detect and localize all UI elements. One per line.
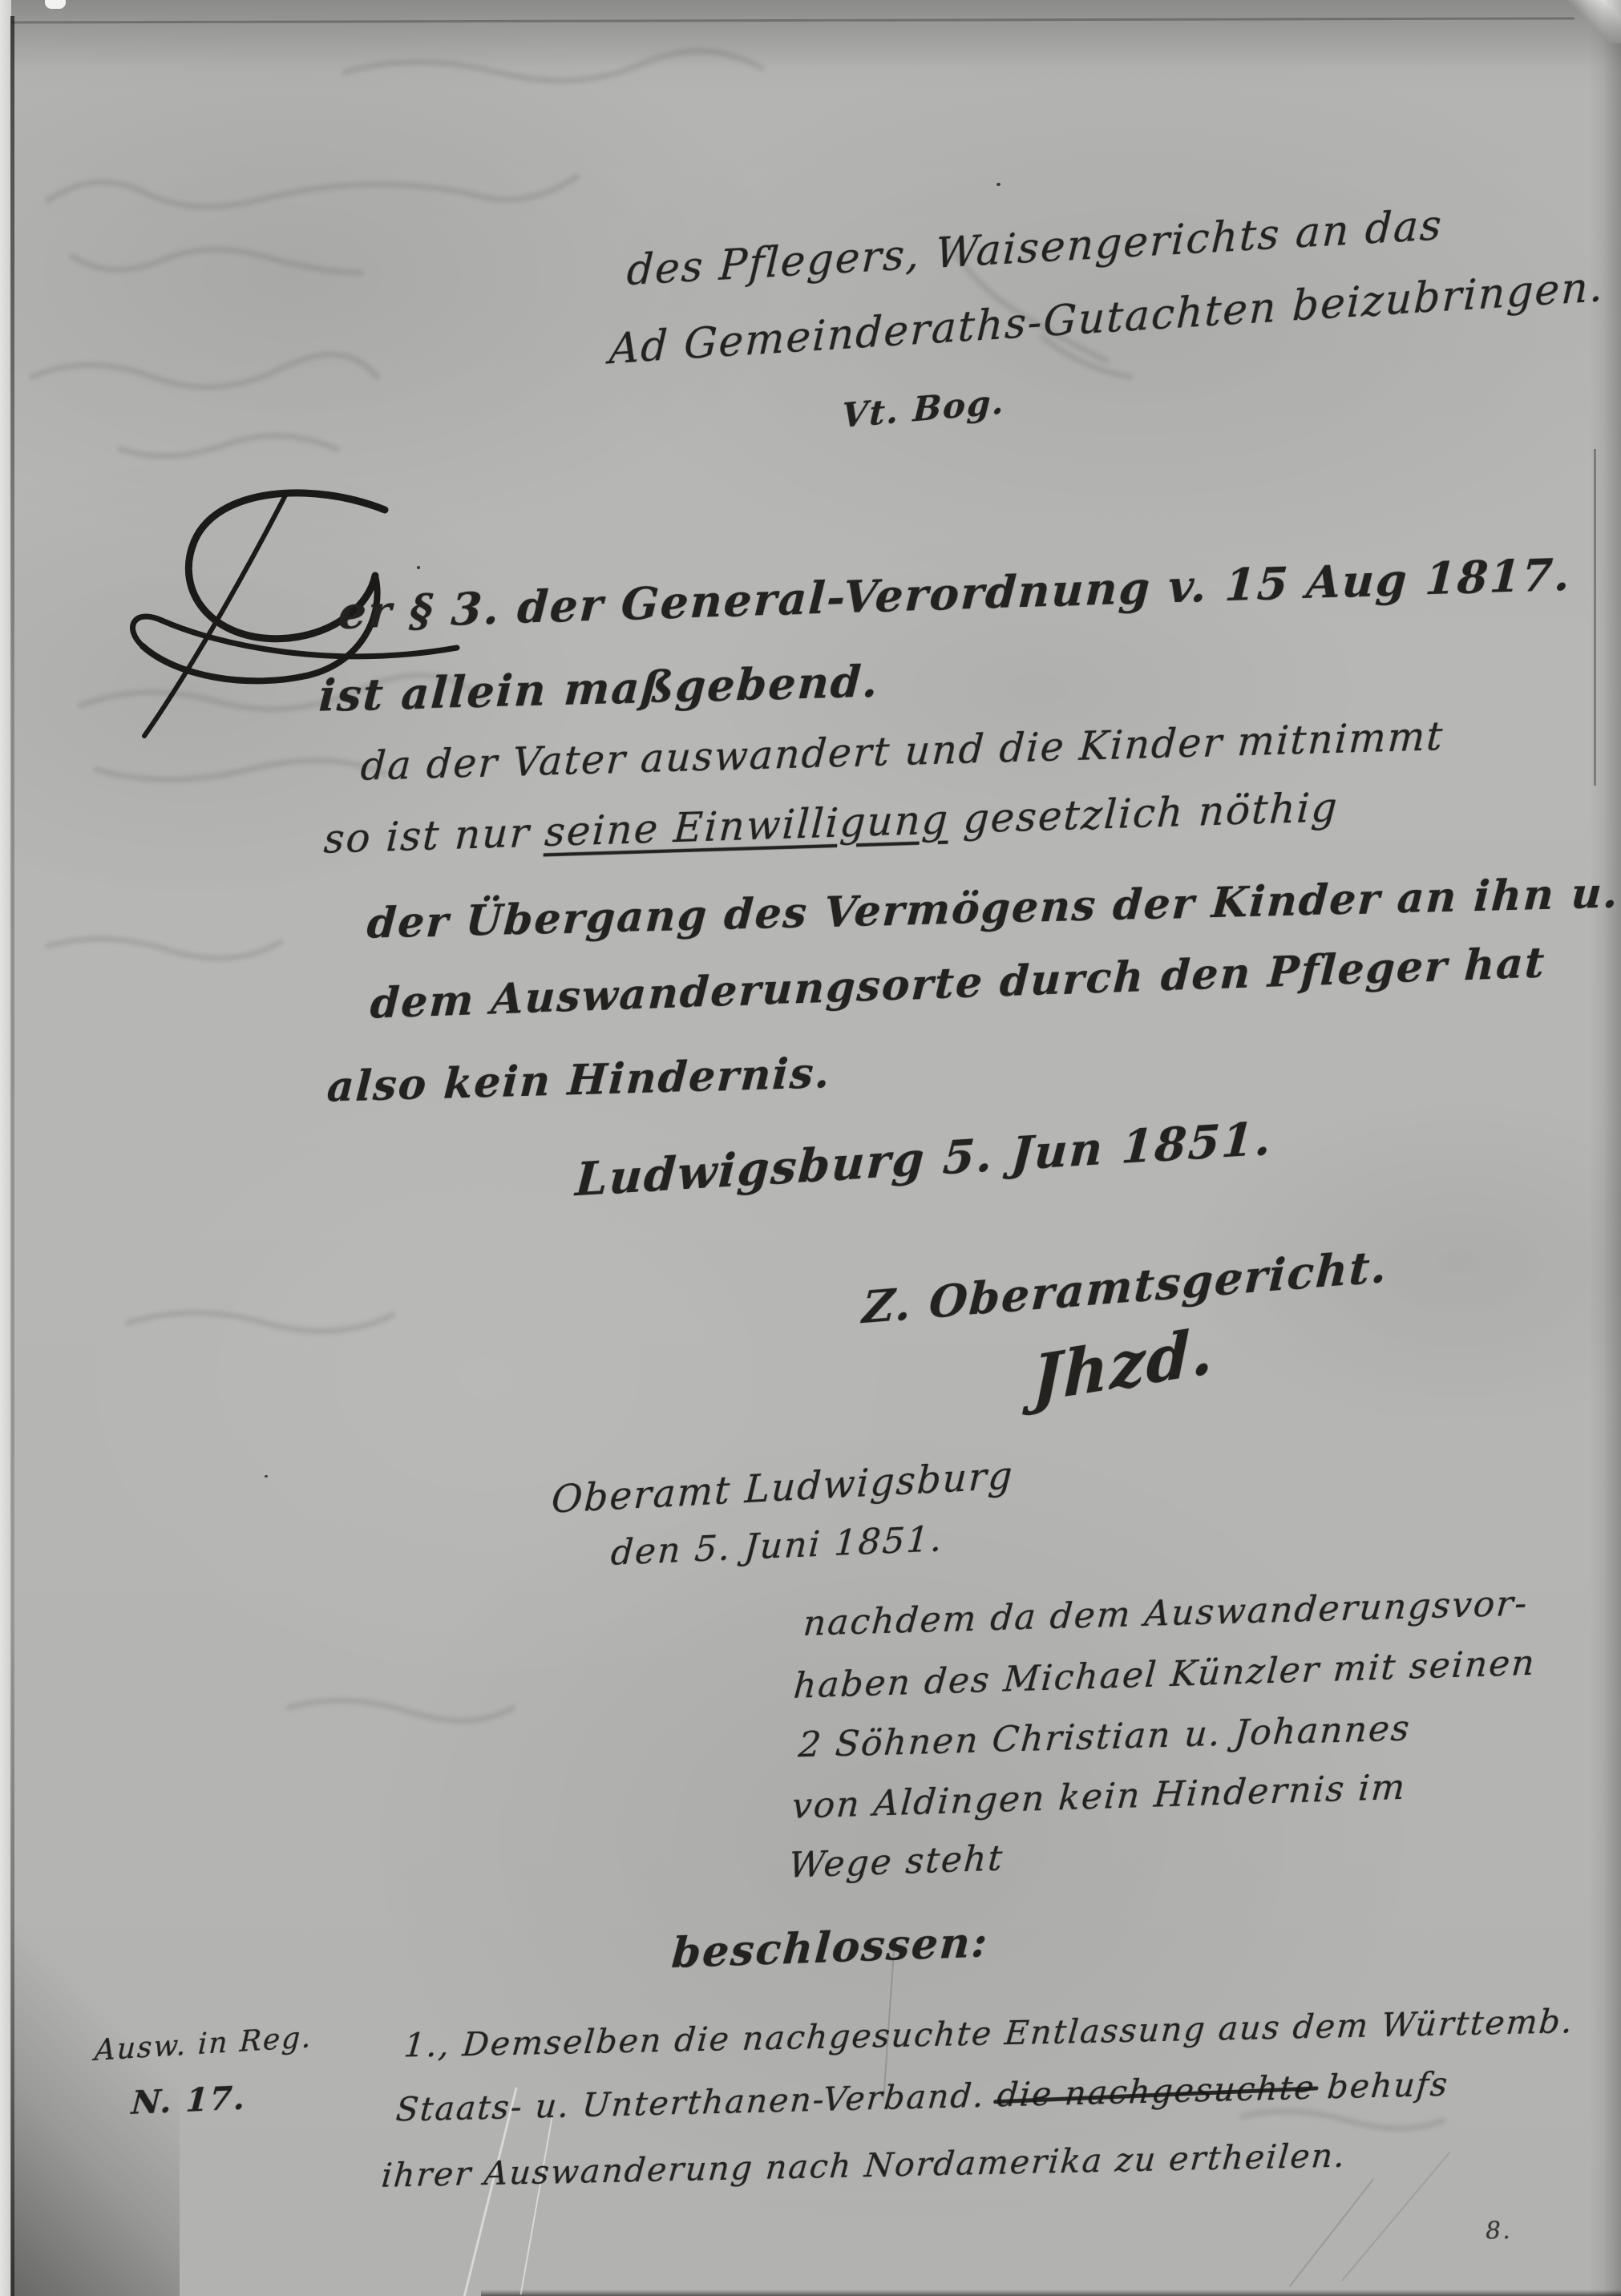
resolution-line-5: Wege steht xyxy=(787,1838,1005,1887)
scan-margin-left xyxy=(0,0,11,2296)
scanned-manuscript-page: des Pflegers, Waisengerichts an das Ad G… xyxy=(0,0,1621,2296)
paper-edge-top xyxy=(11,0,1621,69)
ink-speck xyxy=(996,183,1000,186)
margin-note-line-2: N. 17. xyxy=(131,2080,248,2122)
paper-corner-bottom-left xyxy=(11,1847,180,2296)
item1-line-2-post: behufs xyxy=(1314,2065,1450,2107)
item1-line-2-struck-text: die nachgesuchte xyxy=(996,2068,1317,2115)
ink-speck xyxy=(265,1475,268,1477)
paper-edge-bottom xyxy=(481,2290,1621,2296)
paper-crease-right xyxy=(1594,449,1596,786)
paper-notch xyxy=(45,0,66,9)
paper-edge-right xyxy=(1589,0,1621,2296)
body-line-4-pre: so ist nur xyxy=(322,809,546,863)
page-mark: 8. xyxy=(1485,2217,1512,2245)
